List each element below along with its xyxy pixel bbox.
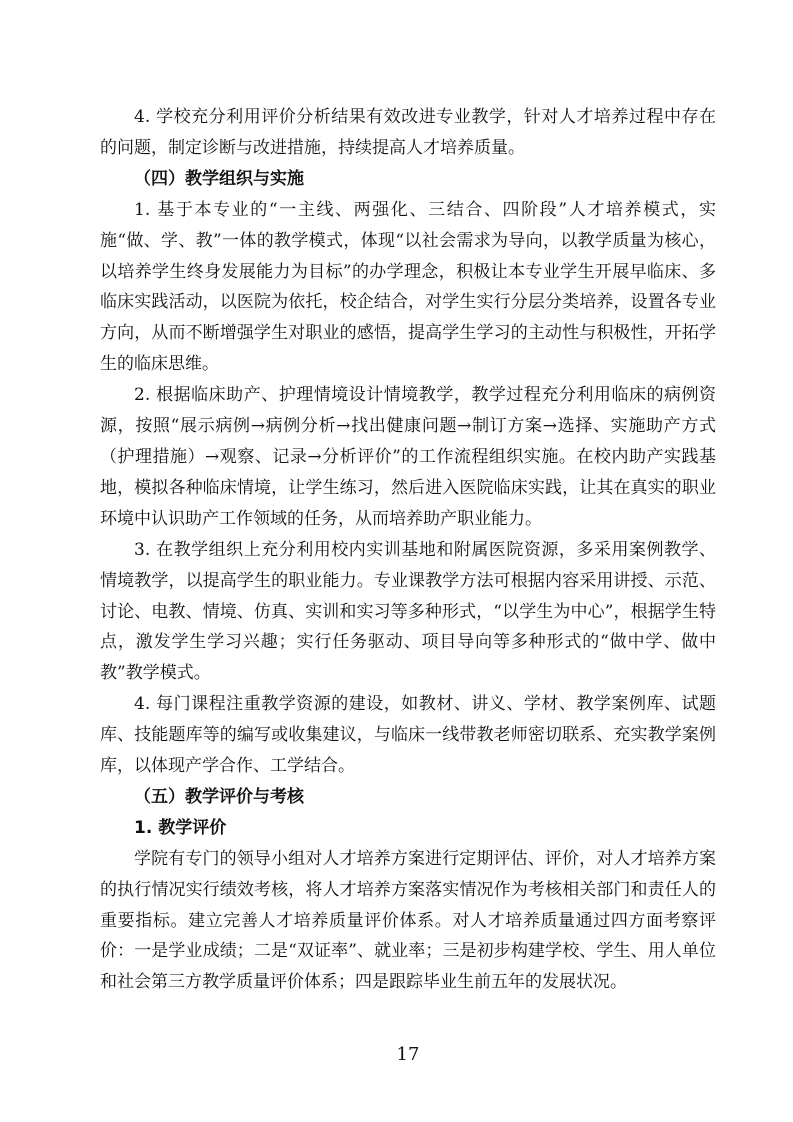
paragraph-situational-teaching: 2. 根据临床助产、护理情境设计情境教学，教学过程充分利用临床的病例资源，按照“… bbox=[100, 380, 716, 535]
paragraph-item-4-continued: 4. 学校充分利用评价分析结果有效改进专业教学，针对人才培养过程中存在的问题，制… bbox=[100, 102, 716, 164]
section-heading-teaching-evaluation: （五）教学评价与考核 bbox=[100, 782, 716, 813]
page-number: 17 bbox=[100, 1044, 716, 1065]
subsection-heading-evaluation: 1. 教学评价 bbox=[100, 813, 716, 844]
paragraph-talent-model: 1. 基于本专业的“一主线、两强化、三结合、四阶段”人才培养模式，实施“做、学、… bbox=[100, 195, 716, 380]
paragraph-evaluation-system: 学院有专门的领导小组对人才培养方案进行定期评估、评价，对人才培养方案的执行情况实… bbox=[100, 844, 716, 999]
paragraph-teaching-methods: 3. 在教学组织上充分利用校内实训基地和附属医院资源，多采用案例教学、情境教学，… bbox=[100, 535, 716, 690]
document-body: 4. 学校充分利用评价分析结果有效改进专业教学，针对人才培养过程中存在的问题，制… bbox=[100, 102, 716, 998]
document-page: 4. 学校充分利用评价分析结果有效改进专业教学，针对人才培养过程中存在的问题，制… bbox=[0, 0, 793, 1122]
paragraph-course-resources: 4. 每门课程注重教学资源的建设，如教材、讲义、学材、教学案例库、试题库、技能题… bbox=[100, 689, 716, 782]
section-heading-teaching-organization: （四）教学组织与实施 bbox=[100, 164, 716, 195]
